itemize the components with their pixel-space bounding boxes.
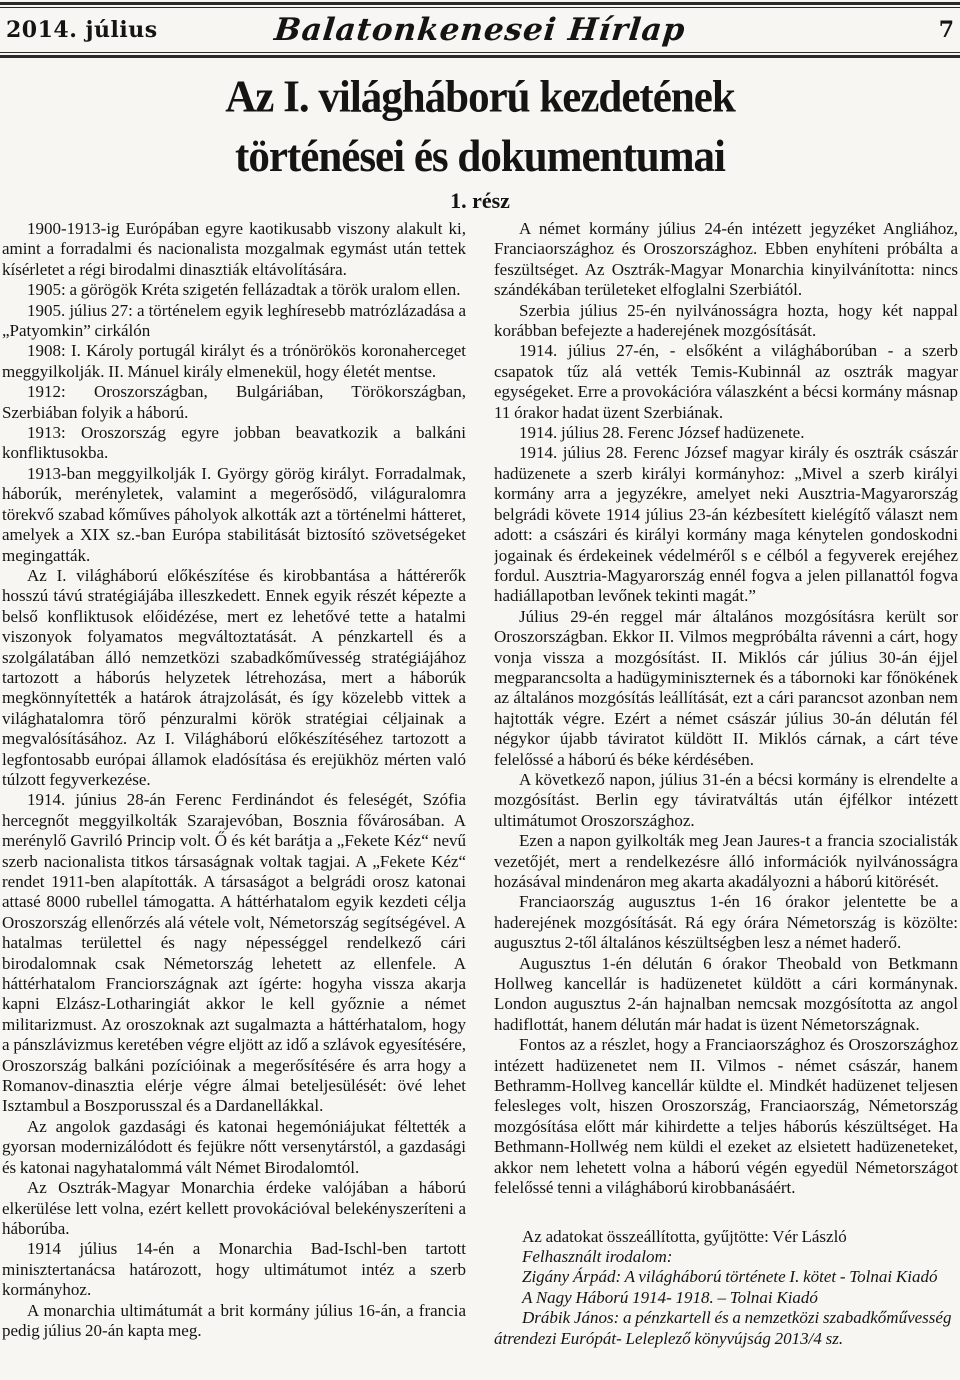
article-paragraph: Franciaország augusztus 1-én 16 órakor j… <box>494 892 958 953</box>
article-paragraph: Július 29-én reggel már általános mozgós… <box>494 607 958 770</box>
article-paragraph: Az I. világháború előkészítése és kirobb… <box>2 566 466 790</box>
article-paragraph: A következő napon, július 31-én a bécsi … <box>494 770 958 831</box>
column-left: 1900-1913-ig Európában egyre kaotikusabb… <box>2 219 466 1349</box>
article-paragraph: 1914. július 28. Ferenc József magyar ki… <box>494 443 958 606</box>
article-paragraph: Az angolok gazdasági és katonai hegemóni… <box>2 1117 466 1178</box>
article-paragraph: Fontos az a részlet, hogy a Franciaorszá… <box>494 1035 958 1198</box>
article-title: Az I. világháború kezdetének történései … <box>0 68 960 187</box>
article-title-line-2: történései és dokumentumai <box>0 127 960 186</box>
article-paragraph: Ezen a napon gyilkolták meg Jean Jaures-… <box>494 831 958 892</box>
credits-line: Felhasznált irodalom: <box>494 1247 958 1267</box>
article-paragraph: 1914. július 27-én, - elsőként a világhá… <box>494 341 958 423</box>
article-paragraph: 1905. július 27: a történelem egyik legh… <box>2 301 466 342</box>
credits-line: A Nagy Háború 1914- 1918. – Tolnai Kiadó <box>494 1288 958 1308</box>
page-number: 7 <box>734 17 954 43</box>
article-paragraph: 1913: Oroszország egyre jobban beavatkoz… <box>2 423 466 464</box>
article-paragraph: 1900-1913-ig Európában egyre kaotikusabb… <box>2 219 466 280</box>
credits-line: Zigány Árpád: A világháború története I.… <box>494 1267 958 1287</box>
article-paragraph: Szerbia július 25-én nyilvánosságra hozt… <box>494 301 958 342</box>
credits-line: Drábik János: a pénzkartell és a nemzetk… <box>494 1308 958 1349</box>
article-paragraph: 1913-ban meggyilkolják I. György görög k… <box>2 464 466 566</box>
header-bottom-rule <box>0 52 960 58</box>
part-label: 1. rész <box>0 188 960 214</box>
credits-line: Az adatokat összeállította, gyűjtötte: V… <box>494 1227 958 1247</box>
article-paragraph: Az Osztrák-Magyar Monarchia érdeke valój… <box>2 1178 466 1239</box>
article-paragraph: 1914 július 14-én a Monarchia Bad-Ischl-… <box>2 1239 466 1300</box>
article-paragraph: 1914. június 28-án Ferenc Ferdinándot és… <box>2 790 466 1117</box>
masthead-title: Balatonkenesei Hírlap <box>224 12 736 48</box>
newspaper-page: 2014. július Balatonkenesei Hírlap 7 Az … <box>0 2 960 1380</box>
page-header: 2014. július Balatonkenesei Hírlap 7 <box>0 8 960 52</box>
article-title-line-1: Az I. világháború kezdetének <box>0 68 960 127</box>
article-paragraph: A német kormány július 24-én intézett je… <box>494 219 958 301</box>
article-paragraph: 1908: I. Károly portugál királyt és a tr… <box>2 341 466 382</box>
column-right: A német kormány július 24-én intézett je… <box>494 219 958 1349</box>
article-paragraph: 1905: a görögök Kréta szigetén fellázadt… <box>2 280 466 300</box>
issue-date: 2014. július <box>6 17 226 43</box>
article-paragraph: A monarchia ultimátumát a brit kormány j… <box>2 1301 466 1342</box>
article-paragraph: 1912: Oroszországban, Bulgáriában, Török… <box>2 382 466 423</box>
article-paragraph: 1914. július 28. Ferenc József hadüzenet… <box>494 423 958 443</box>
article-paragraph: Augusztus 1-én délután 6 órakor Theobald… <box>494 954 958 1036</box>
article-columns: 1900-1913-ig Európában egyre kaotikusabb… <box>0 219 960 1349</box>
